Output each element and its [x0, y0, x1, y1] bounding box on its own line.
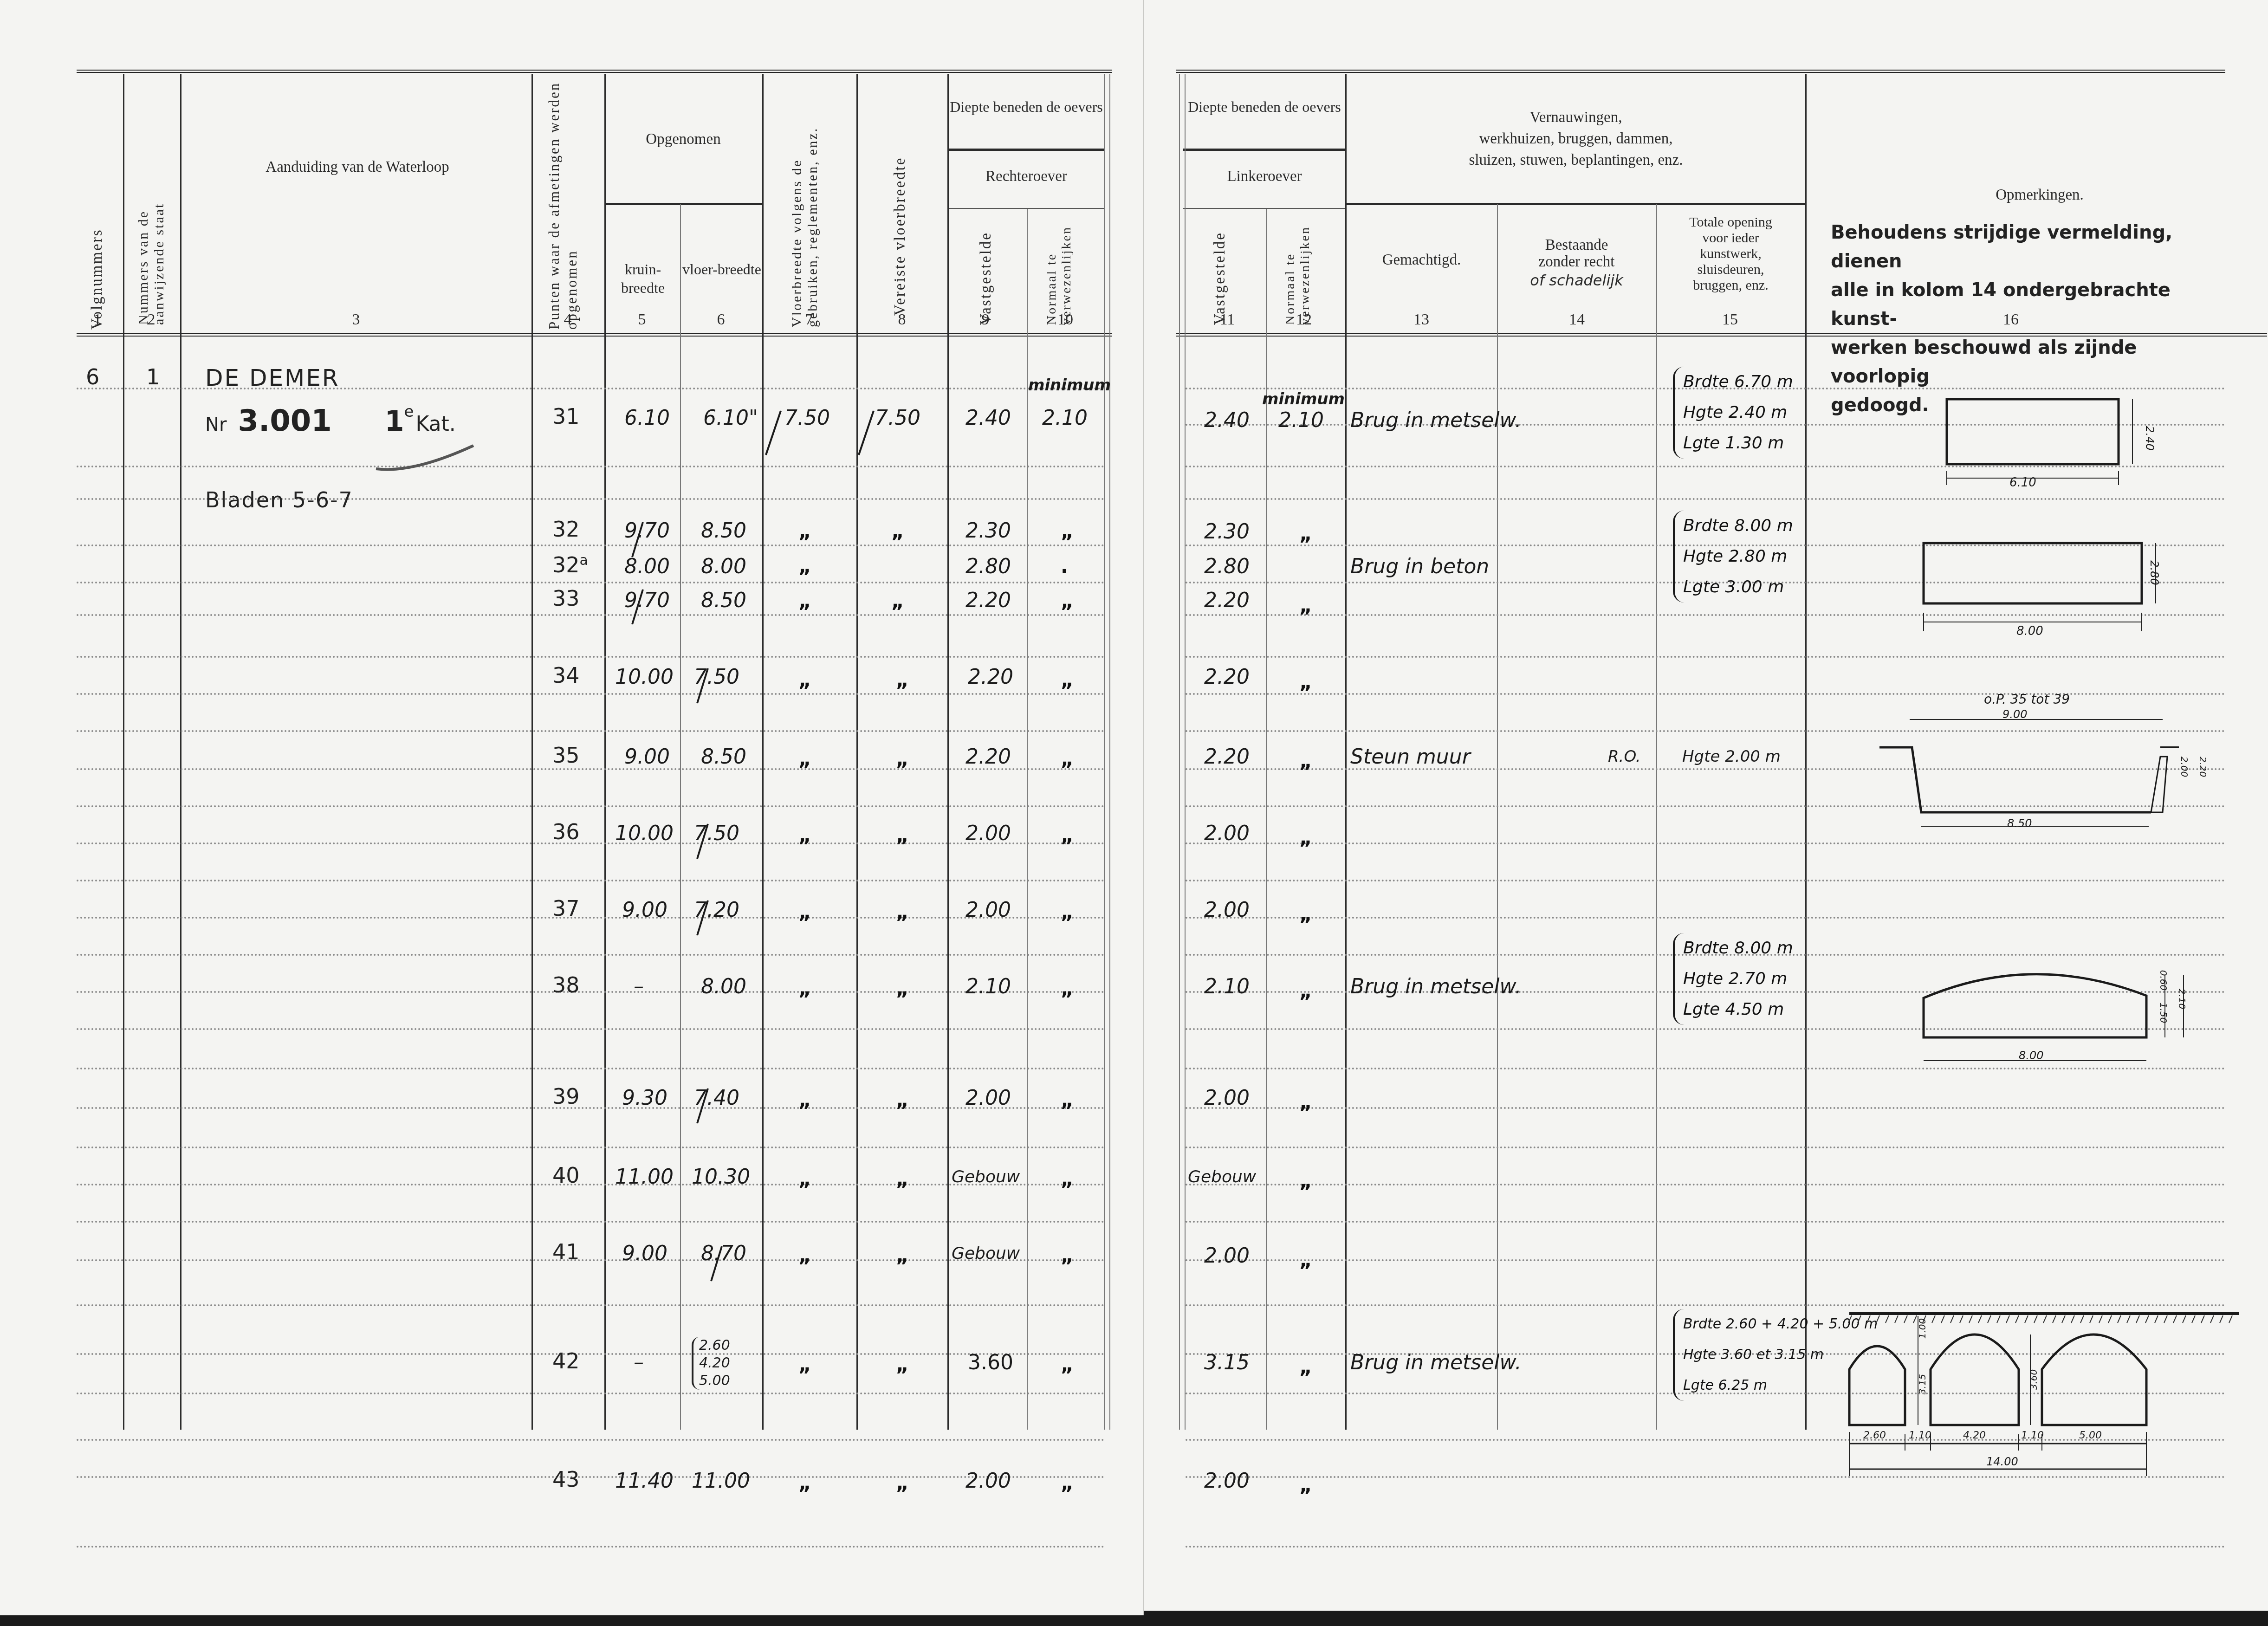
normaal-l-31: 2.10 — [1278, 408, 1324, 432]
sketch-bridge-31-icon — [1947, 395, 2142, 501]
vast-l-38: 2.10 — [1204, 975, 1250, 998]
kruin-37: 9.00 — [622, 898, 667, 922]
pencil-stroke-icon — [371, 441, 483, 478]
ditto-41-12: „ — [1299, 1249, 1312, 1271]
colnum-1: 1 — [79, 311, 116, 329]
sketch-three-arch-bridge-42-icon — [1840, 1309, 2258, 1485]
col-line-start-right-double — [1185, 74, 1186, 1430]
header-diepte-beneden-right: Diepte beneden de oevers — [1183, 97, 1346, 116]
kruin-43: 11.40 — [615, 1469, 674, 1493]
ditto-33-7: „ — [798, 590, 811, 612]
vast-r-33: 2.20 — [966, 589, 1011, 612]
sketch-arch-38-icon — [1919, 970, 2179, 1077]
sketch-42-pier-1: 1.10 — [1909, 1430, 1931, 1441]
punt-32a: 32a — [552, 552, 588, 577]
vloer-42-a: 2.60 — [699, 1337, 730, 1354]
col-line-10-end — [1104, 74, 1105, 1430]
col-line-3-4 — [531, 74, 533, 1430]
zonder-recht-line-1: Bestaande — [1497, 237, 1656, 253]
ditto-34-7: „ — [798, 668, 811, 691]
ditto-40-8: „ — [896, 1167, 909, 1190]
vloer-32a: 8.00 — [701, 555, 746, 578]
col-line-10-end-double — [1109, 74, 1110, 1430]
vast-l-40: Gebouw — [1188, 1167, 1256, 1186]
ditto-42-10: „ — [1061, 1353, 1074, 1376]
sketch-35-39-wall: 2.00 — [2179, 757, 2190, 777]
vast-l-37: 2.00 — [1204, 898, 1250, 922]
colnum-9: 9 — [967, 311, 1004, 329]
vloer-42-bracket: 2.60 4.20 5.00 — [692, 1337, 730, 1390]
ditto-39-10: „ — [1061, 1088, 1074, 1111]
ditto-35-8: „ — [896, 747, 909, 770]
slash-mark-icon — [692, 822, 715, 863]
sketch-42-pier-2: 1.10 — [2021, 1430, 2044, 1441]
opening-31: Brdte 6.70 m Hgte 2.40 m Lgte 1.30 m — [1673, 367, 1793, 459]
ditto-36-7: „ — [798, 824, 811, 847]
sketch-38-rise: 0.60 — [2158, 970, 2169, 991]
opening-31-breedte: Brdte 6.70 m — [1683, 367, 1793, 397]
col-line-2-3 — [180, 74, 181, 1430]
punt-35: 35 — [552, 743, 580, 768]
colnum-15: 15 — [1711, 311, 1749, 329]
sketch-32a-width: 8.00 — [2016, 624, 2043, 638]
col-line-9-10 — [1027, 209, 1028, 1430]
header-vereiste-vloerbreedte: Vereiste vloerbreedte — [891, 162, 909, 316]
opgenomen-divider — [604, 203, 762, 205]
col-line-start-right — [1179, 74, 1180, 1430]
vast-l-39: 2.00 — [1204, 1086, 1250, 1110]
header-totale-opening: Totale opening voor ieder kunstwerk, slu… — [1656, 214, 1805, 293]
linkeroever-divider — [1183, 208, 1346, 209]
sketch-35-39-top: 9.00 — [2002, 708, 2027, 721]
vloer-40: 10.30 — [692, 1165, 750, 1189]
header-rechteroever: Rechteroever — [947, 167, 1105, 186]
sketch-38-width: 8.00 — [2019, 1049, 2043, 1062]
ditto-32-7: „ — [798, 520, 811, 543]
opening-38: Brdte 8.00 m Hgte 2.70 m Lgte 4.50 m — [1673, 933, 1793, 1025]
punt-36: 36 — [552, 819, 580, 844]
colnum-12: 12 — [1285, 311, 1322, 329]
vast-l-32: 2.30 — [1204, 520, 1250, 544]
col-line-8-9 — [947, 74, 949, 1430]
opening-line-4: sluisdeuren, — [1656, 262, 1805, 278]
colnum-3: 3 — [337, 311, 375, 329]
header-punten: Punten waar de afmetingen werden opgenom… — [545, 79, 587, 330]
ditto-40-12: „ — [1299, 1170, 1312, 1192]
sketch-35-39-bottom: 8.50 — [2007, 817, 2032, 830]
sketch-42-total: 14.00 — [1986, 1455, 2018, 1468]
category-sup: e — [404, 402, 414, 421]
colnum-5: 5 — [623, 311, 661, 329]
ditto-34-12: „ — [1299, 671, 1312, 693]
ditto-36-8: „ — [896, 824, 909, 847]
colnum-11: 11 — [1209, 311, 1246, 329]
slash-mark-icon — [692, 666, 715, 708]
vloer-33: 8.50 — [701, 589, 746, 612]
vast-r-37: 2.00 — [966, 898, 1011, 922]
right-page: Diepte beneden de oevers Linkeroever Vas… — [1144, 0, 2268, 1611]
zonder-recht-35: R.O. — [1608, 747, 1641, 766]
header-opmerkingen: Opmerkingen. — [1951, 186, 2128, 204]
ditto-39-7: „ — [798, 1088, 811, 1111]
sketch-42-cover: 1.00 — [1917, 1318, 1928, 1339]
ditto-39-12: „ — [1299, 1091, 1312, 1114]
vast-l-34: 2.20 — [1204, 665, 1250, 689]
ditto-41-10: „ — [1061, 1244, 1074, 1267]
sketch-38-wall: 1.50 — [2158, 1003, 2169, 1024]
ditto-39-8: „ — [896, 1088, 909, 1111]
vernauwingen-divider — [1346, 203, 1806, 205]
ditto-35-7: „ — [798, 747, 811, 770]
ditto-38-12: „ — [1299, 979, 1312, 1002]
category-num: 1 — [385, 405, 404, 438]
category-label: Kat. — [415, 412, 455, 436]
sketch-31-width: 6.10 — [2009, 476, 2036, 490]
punt-39: 39 — [552, 1084, 580, 1109]
ditto-37-7: „ — [798, 900, 811, 923]
ditto-32-12: „ — [1299, 522, 1312, 545]
header-vloerbreedte-gebruiken: Vloerbreedte volgens de gebruiken, regle… — [789, 104, 831, 327]
slash-mark-icon — [761, 408, 789, 460]
ditto-42-8: „ — [896, 1353, 909, 1376]
colnum-16: 16 — [1992, 311, 2029, 329]
header-linkeroever: Linkeroever — [1183, 167, 1346, 186]
zonder-recht-handwritten: of schadelijk — [1497, 272, 1656, 289]
volgnummer-value: 6 — [86, 364, 99, 389]
kruin-34: 10.00 — [615, 665, 674, 689]
vast-l-42: 3.15 — [1204, 1351, 1250, 1374]
vast-l-35: 2.20 — [1204, 745, 1250, 769]
sketch-42-span-1: 2.60 — [1863, 1430, 1886, 1441]
ditto-40-10: „ — [1061, 1167, 1074, 1190]
opening-line-2: voor ieder — [1656, 230, 1805, 246]
vast-l-43: 2.00 — [1204, 1469, 1250, 1493]
vloer-43: 11.00 — [692, 1469, 750, 1493]
vloer-42-c: 5.00 — [699, 1372, 730, 1390]
vast-r-31: 2.40 — [966, 406, 1011, 430]
ditto-43-10: „ — [1061, 1471, 1074, 1494]
sketch-42-h2: 3.60 — [2028, 1369, 2039, 1390]
ditto-40-7: „ — [798, 1167, 811, 1190]
opening-line-3: kunstwerk, — [1656, 246, 1805, 262]
nr-value: 3.001 — [238, 404, 331, 438]
opening-35: Hgte 2.00 m — [1682, 747, 1781, 766]
slash-mark-icon — [854, 408, 882, 460]
colnum-10: 10 — [1047, 311, 1084, 329]
vern-line-2: werkhuizen, bruggen, dammen, — [1346, 128, 1806, 149]
sketch-bridge-32a-icon — [1924, 538, 2165, 659]
vast-r-35: 2.20 — [966, 745, 1011, 769]
vern-line-3: sluizen, stuwen, beplantingen, enz. — [1346, 149, 1806, 171]
remark-line-2: alle in kolom 14 ondergebrachte kunst- — [1831, 276, 2239, 333]
gemachtigd-35: Steun muur — [1350, 745, 1471, 769]
ditto-41-8: „ — [896, 1244, 909, 1267]
remark-line-1: Behoudens strijdige vermelding, dienen — [1831, 218, 2239, 276]
opening-38-hoogte: Hgte 2.70 m — [1683, 964, 1793, 994]
vloer-38: 8.00 — [701, 975, 746, 998]
ditto-38-7: „ — [798, 977, 811, 1000]
col-line-4-5 — [604, 74, 606, 1430]
colnum-7: 7 — [791, 311, 828, 329]
opening-line-1: Totale opening — [1656, 214, 1805, 230]
punt-33: 33 — [552, 586, 580, 611]
punt-42: 42 — [552, 1348, 580, 1373]
waterloop-name: DE DEMER — [205, 364, 340, 391]
gemachtigd-32a: Brug in beton — [1350, 555, 1489, 578]
header-top-rule-right — [1176, 70, 2225, 73]
sketch-38-height: 2.10 — [2177, 989, 2188, 1010]
header-aanduiding: Aanduiding van de Waterloop — [260, 158, 455, 176]
ditto-38-8: „ — [896, 977, 909, 1000]
vast-l-41: 2.00 — [1204, 1244, 1250, 1268]
vast-r-40: Gebouw — [952, 1167, 1020, 1186]
left-page: Volgnummers Nummers van de aanwijzende s… — [0, 0, 1144, 1615]
sketch-42-span-3: 5.00 — [2079, 1430, 2102, 1441]
punt-41: 41 — [552, 1239, 580, 1264]
vast-r-32: 2.30 — [966, 519, 1011, 543]
ditto-32a-10: . — [1061, 555, 1068, 577]
sketch-32a-height: 2.80 — [2148, 560, 2161, 585]
diepte-divider-right — [1183, 149, 1346, 151]
ditto-42-12: „ — [1299, 1355, 1312, 1378]
gemachtigd-42: Brug in metselw. — [1350, 1351, 1522, 1374]
punt-34: 34 — [552, 663, 580, 688]
punt-40: 40 — [552, 1163, 580, 1188]
col-line-1-2 — [123, 74, 124, 1430]
sketch-35-39-title: o.P. 35 tot 39 — [1984, 692, 2070, 707]
kruin-41: 9.00 — [622, 1242, 667, 1265]
kruin-39: 9.30 — [622, 1086, 667, 1110]
vast-r-38: 2.10 — [966, 975, 1011, 998]
header-top-rule — [77, 70, 1112, 73]
header-kruinbreedte: kruin-breedte — [608, 260, 678, 297]
remark-line-3: werken beschouwd als zijnde voorlopig — [1831, 333, 2239, 391]
sketch-42-span-2: 4.20 — [1963, 1430, 1986, 1441]
ditto-32a-7: „ — [798, 555, 811, 577]
punt-37: 37 — [552, 896, 580, 921]
zonder-recht-line-2: zonder recht — [1497, 253, 1656, 270]
opening-32a-hoogte: Hgte 2.80 m — [1683, 541, 1793, 572]
ditto-43-8: „ — [896, 1471, 909, 1494]
ditto-33-8: „ — [891, 590, 904, 612]
vast-r-39: 2.00 — [966, 1086, 1011, 1110]
slash-mark-icon — [706, 1244, 729, 1286]
ditto-37-12: „ — [1299, 903, 1312, 926]
slash-mark-icon — [692, 898, 715, 940]
colnum-6: 6 — [702, 311, 739, 329]
bladen-label: Bladen 5-6-7 — [205, 487, 353, 512]
ditto-32-8: „ — [891, 520, 904, 543]
opening-32a-breedte: Brdte 8.00 m — [1683, 511, 1793, 541]
ditto-36-10: „ — [1061, 824, 1074, 847]
minimum-annotation-left: minimum — [1028, 376, 1111, 395]
ditto-34-8: „ — [896, 668, 909, 691]
punt-32: 32 — [552, 517, 580, 542]
kruin-31: 6.10 — [624, 406, 670, 430]
ditto-33-10: „ — [1061, 590, 1074, 612]
ditto-32-10: „ — [1061, 520, 1074, 543]
header-gemachtigd: Gemachtigd. — [1346, 251, 1497, 269]
vast-r-43: 2.00 — [966, 1469, 1011, 1493]
slash-mark-icon — [692, 1086, 715, 1128]
opening-38-lengte: Lgte 4.50 m — [1683, 994, 1793, 1025]
vloer-32: 8.50 — [701, 519, 746, 543]
col-line-6-7 — [762, 74, 764, 1430]
ditto-35-10: „ — [1061, 747, 1074, 770]
colnum-13: 13 — [1403, 311, 1440, 329]
kruin-35: 9.00 — [624, 745, 670, 769]
nr-prefix: Nr — [205, 414, 227, 435]
colnum-14: 14 — [1558, 311, 1595, 329]
kruin-38: – — [634, 975, 644, 998]
ditto-35-12: „ — [1299, 750, 1312, 772]
col-line-7-8 — [856, 74, 858, 1430]
vloer-35: 8.50 — [701, 745, 746, 769]
slash-mark-icon — [627, 520, 650, 562]
header-zonder-recht: Bestaande zonder recht of schadelijk — [1497, 237, 1656, 289]
gemachtigd-31: Brug in metselw. — [1350, 408, 1522, 432]
colnum-2: 2 — [133, 311, 170, 329]
rechteroever-divider — [947, 208, 1105, 209]
opening-32a-lengte: Lgte 3.00 m — [1683, 572, 1793, 602]
vast-r-32a: 2.80 — [966, 555, 1011, 578]
slash-mark-icon — [627, 587, 650, 629]
vloer-42-b: 4.20 — [699, 1354, 730, 1372]
vast-l-31: 2.40 — [1204, 408, 1250, 432]
header-bottom-rule — [77, 333, 1112, 337]
waterloop-number-line: Nr 3.001 1e Kat. — [205, 404, 456, 438]
opening-31-hoogte: Hgte 2.40 m — [1683, 397, 1793, 428]
colnum-8: 8 — [883, 311, 920, 329]
sketch-42-h1: 3.15 — [1917, 1374, 1928, 1395]
header-vastgestelde-l: Vastgestelde — [1211, 227, 1229, 325]
colnum-4: 4 — [549, 311, 586, 329]
ditto-33-12: „ — [1299, 594, 1312, 617]
header-volgnummers: Volgnummers — [88, 135, 106, 330]
col-line-15-16 — [1805, 74, 1807, 1430]
header-vloerbreedte: vloer-breedte — [682, 260, 761, 279]
ditto-34-10: „ — [1061, 668, 1074, 691]
normaal-r-31: 2.10 — [1042, 406, 1088, 430]
header-normaal-l: Normaal te verwezenlijken — [1283, 218, 1320, 325]
kruin-40: 11.00 — [615, 1165, 674, 1189]
vast-r-34: 2.20 — [968, 665, 1013, 689]
ditto-43-12: „ — [1299, 1474, 1312, 1496]
header-vastgestelde-r: Vastgestelde — [977, 227, 995, 325]
col-line-12-13 — [1345, 74, 1347, 1430]
vloer-31: 6.10" — [703, 406, 758, 430]
kruin-42: – — [634, 1351, 644, 1374]
aanwijzende-staat-value: 1 — [146, 364, 160, 389]
vast-r-41: Gebouw — [952, 1244, 1020, 1263]
header-opgenomen: Opgenomen — [604, 130, 762, 149]
vast-r-42: 3.60 — [968, 1351, 1013, 1374]
kruin-36: 10.00 — [615, 822, 674, 845]
header-aanduiding-text: Aanduiding van de Waterloop — [266, 159, 449, 175]
vloer-regl-31: 7.50 — [784, 406, 830, 430]
vern-line-1: Vernauwingen, — [1346, 107, 1806, 128]
header-diepte-beneden: Diepte beneden de oevers — [947, 97, 1105, 116]
punt-43: 43 — [552, 1467, 580, 1492]
opening-32a: Brdte 8.00 m Hgte 2.80 m Lgte 3.00 m — [1673, 511, 1793, 602]
ditto-43-7: „ — [798, 1471, 811, 1494]
opening-line-5: bruggen, enz. — [1656, 278, 1805, 293]
vast-l-36: 2.00 — [1204, 822, 1250, 845]
minimum-annotation-right: minimum — [1262, 390, 1345, 408]
header-normaal-r: Normaal te verwezenlijken — [1044, 218, 1082, 325]
ditto-42-7: „ — [798, 1353, 811, 1376]
opening-38-breedte: Brdte 8.00 m — [1683, 933, 1793, 964]
ditto-37-8: „ — [896, 900, 909, 923]
sketch-channel-35-39-icon — [1863, 706, 2063, 836]
sketch-35-39-height: 2.20 — [2197, 757, 2209, 777]
ditto-38-10: „ — [1061, 977, 1074, 1000]
gemachtigd-38: Brug in metselw. — [1350, 975, 1522, 998]
ditto-37-10: „ — [1061, 900, 1074, 923]
punt-38: 38 — [552, 972, 580, 998]
header-nummers-staat: Nummers van de aanwijzende staat — [136, 149, 168, 325]
vast-r-36: 2.00 — [966, 822, 1011, 845]
vast-l-33: 2.20 — [1204, 589, 1250, 612]
diepte-divider — [947, 149, 1105, 151]
opening-31-lengte: Lgte 1.30 m — [1683, 428, 1793, 459]
header-vernauwingen: Vernauwingen, werkhuizen, bruggen, damme… — [1346, 107, 1806, 171]
ditto-36-12: „ — [1299, 826, 1312, 849]
ditto-41-7: „ — [798, 1244, 811, 1267]
sketch-31-height: 2.40 — [2143, 426, 2156, 450]
vast-l-32a: 2.80 — [1204, 555, 1250, 578]
punt-31: 31 — [552, 404, 580, 429]
